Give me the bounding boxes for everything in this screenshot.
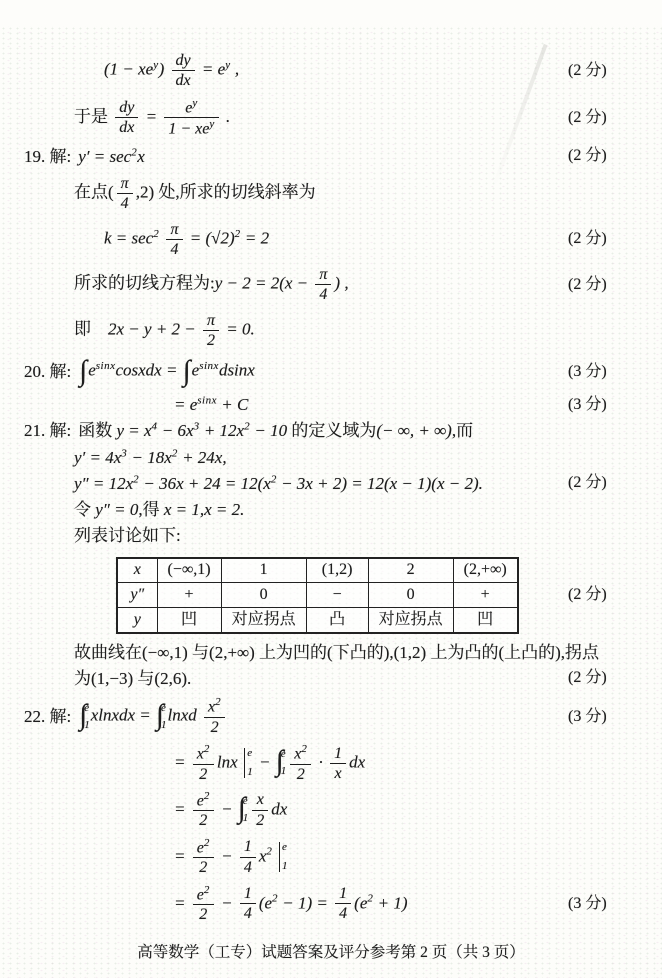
- integral: ∫: [79, 357, 87, 386]
- math-expression: y′ = sec2x: [78, 146, 145, 167]
- math-text: dx: [119, 119, 134, 136]
- math-text: y = x: [116, 421, 151, 440]
- lower-limit: 1: [243, 813, 249, 824]
- score-label: (2 分): [568, 146, 640, 166]
- math-text: xlnxdx =: [91, 705, 155, 724]
- denominator: 4: [117, 194, 133, 212]
- math-text: lnxd: [167, 705, 201, 724]
- denominator: 4: [166, 240, 182, 258]
- denominator: dx: [115, 118, 138, 136]
- chinese-text: 于是: [74, 107, 112, 126]
- chinese-text: 在点(: [74, 183, 114, 202]
- table-row: x(−∞,1)1(1,2)2(2,+∞): [117, 558, 518, 583]
- lower-limit: 1: [247, 767, 253, 778]
- integral-limits: e1: [161, 701, 167, 733]
- score-label: (2 分): [568, 473, 640, 493]
- table-cell: (2,+∞): [453, 558, 518, 583]
- numerator: π: [315, 266, 331, 285]
- math-text: −: [255, 752, 275, 771]
- integral: ∫e1: [238, 794, 248, 826]
- math-text: y − 2 = 2(x −: [215, 274, 313, 293]
- numerator: 1: [335, 885, 351, 904]
- math-text: =: [141, 107, 161, 126]
- table-cell: +: [157, 583, 221, 608]
- denominator: 2: [193, 765, 214, 783]
- solution-line: 所求的切线方程为:y − 2 = 2(x − π4) ,(2 分): [0, 266, 662, 304]
- evaluation-limits: e1: [247, 748, 253, 778]
- table-cell: 1: [221, 558, 306, 583]
- denominator: 2: [203, 331, 219, 349]
- solution-line: 21. 解:函数 y = x4 − 6x3 + 12x2 − 10 的定义域为(…: [0, 420, 662, 441]
- superscript: y: [209, 118, 214, 130]
- scanned-page: (1 − xey) dydx = ey ,(2 分)于是 dydx = ey1 …: [0, 0, 662, 978]
- solution-line: = esinx + C(3 分): [0, 394, 662, 415]
- superscript: sinx: [96, 360, 116, 372]
- math-text: − 18x: [127, 448, 172, 467]
- integral-sign: ∫: [79, 357, 87, 386]
- numerator: π: [166, 221, 182, 240]
- fraction: π4: [117, 175, 133, 213]
- solution-line: 22. 解:∫e1xlnxdx = ∫e1lnxd x22(3 分): [0, 697, 662, 736]
- math-expression: 在点(π4,2) 处,所求的切线斜率为: [74, 175, 316, 213]
- chinese-text: 故曲线在(−∞,1) 与(2,+∞) 上为凹的(下凸的),(1,2) 上为凸的(…: [74, 643, 599, 662]
- math-text: x: [257, 791, 264, 808]
- fraction: ey1 − xey: [164, 98, 218, 138]
- numerator: 1: [240, 885, 256, 904]
- math-text: e: [88, 361, 96, 380]
- math-text: −: [217, 799, 237, 818]
- superscript: 2: [204, 884, 210, 896]
- math-text: (1 − xe: [104, 60, 153, 79]
- superscript: sinx: [199, 360, 219, 372]
- numerator: π: [203, 312, 219, 331]
- table-cell: 0: [221, 583, 306, 608]
- numerator: 1: [240, 838, 256, 857]
- score-label: (3 分): [568, 707, 640, 727]
- chinese-text: 所求的切线方程为:: [74, 274, 215, 293]
- math-expression: 于是 dydx = ey1 − xey .: [74, 98, 230, 138]
- score-label: (2 分): [568, 229, 640, 249]
- math-text: =: [174, 893, 190, 912]
- math-text: 2: [211, 719, 219, 736]
- solution-line: = e22 − 14(e2 − 1) = 14(e2 + 1)(3 分): [0, 885, 662, 924]
- math-text: ,: [231, 60, 240, 79]
- upper-limit: e: [282, 842, 288, 853]
- solution-line: k = sec2 π4 = (√2)2 = 2(2 分): [0, 221, 662, 259]
- integral: ∫e1: [156, 701, 166, 733]
- numerator: dy: [172, 52, 195, 71]
- denominator: x: [330, 764, 346, 782]
- math-expression: (1 − xey) dydx = ey ,: [104, 52, 239, 90]
- question-number: 20. 解:: [24, 361, 71, 382]
- math-text: =: [174, 846, 190, 865]
- math-expression: k = sec2 π4 = (√2)2 = 2: [104, 221, 269, 259]
- math-expression: 为(1,−3) 与(2,6).: [74, 668, 191, 689]
- solution-line: = x22lnx e1 − ∫e1x22 · 1xdx: [0, 744, 662, 783]
- math-expression: = e22 − 14x2 e1: [174, 838, 290, 877]
- fraction: π2: [203, 312, 219, 350]
- fraction: e22: [193, 791, 214, 830]
- solution-line: 19. 解:y′ = sec2x(2 分): [0, 146, 662, 167]
- upper-limit: e: [161, 703, 167, 714]
- math-text: cosxdx =: [115, 361, 181, 380]
- math-text: e: [197, 886, 204, 903]
- upper-limit: e: [281, 749, 287, 760]
- math-text: y′ = sec: [78, 147, 131, 166]
- math-expression: 函数 y = x4 − 6x3 + 12x2 − 10 的定义域为(− ∞, +…: [78, 420, 473, 441]
- evaluation-limits: e1: [282, 842, 288, 872]
- score-label: (3 分): [568, 894, 640, 914]
- math-text: y″ = 0: [95, 500, 138, 519]
- math-text: e: [197, 792, 204, 809]
- math-text: 4: [170, 241, 178, 258]
- score-label: (2 分): [568, 275, 640, 295]
- math-text: dx: [349, 752, 365, 771]
- table-cell: 对应拐点: [221, 608, 306, 633]
- math-text: 4: [244, 859, 252, 876]
- denominator: 2: [193, 905, 214, 923]
- table-row: y凹对应拐点凸对应拐点凹: [117, 608, 518, 633]
- fraction: π4: [315, 266, 331, 304]
- question-number: 22. 解:: [24, 706, 71, 727]
- math-text: + 24x,: [178, 448, 227, 467]
- math-text: ): [159, 60, 169, 79]
- math-expression: 列表讨论如下:: [74, 525, 181, 546]
- chinese-text: 函数: [78, 421, 116, 440]
- solution-line: 故曲线在(−∞,1) 与(2,+∞) 上为凹的(下凸的),(1,2) 上为凸的(…: [0, 642, 662, 663]
- fraction: 14: [240, 885, 256, 923]
- fraction: 14: [335, 885, 351, 923]
- math-text: 1 − xe: [168, 120, 209, 137]
- math-text: (e: [354, 893, 367, 912]
- solution-line: 20. 解:∫esinxcosxdx = ∫esinxdsinx(3 分): [0, 357, 662, 386]
- fraction: x2: [252, 791, 268, 829]
- fraction: x22: [193, 744, 214, 783]
- math-text: + C: [217, 395, 248, 414]
- math-text: lnx: [217, 752, 242, 771]
- fraction: dydx: [172, 52, 195, 90]
- math-text: x = 1,x = 2.: [164, 500, 245, 519]
- denominator: 4: [315, 285, 331, 303]
- math-text: 2: [207, 332, 215, 349]
- denominator: 2: [290, 765, 311, 783]
- superscript: sinx: [197, 394, 217, 406]
- math-text: π: [207, 312, 215, 329]
- fraction: x22: [290, 744, 311, 783]
- math-expression: = x22lnx e1 − ∫e1x22 · 1xdx: [174, 744, 365, 783]
- solution-line: 在点(π4,2) 处,所求的切线斜率为: [0, 175, 662, 213]
- math-text: y′ = 4x: [74, 448, 121, 467]
- math-text: = e: [198, 60, 226, 79]
- math-expression: y′ = 4x3 − 18x2 + 24x,: [74, 447, 227, 468]
- math-text: x: [137, 147, 145, 166]
- fraction: e22: [193, 885, 214, 924]
- upper-limit: e: [84, 703, 90, 714]
- lower-limit: 1: [161, 720, 167, 731]
- integral-limits: e1: [243, 794, 249, 826]
- math-text: = (√2): [186, 228, 235, 247]
- page-footer: 高等数学（工专）试题答案及评分参考第 2 页（共 3 页）: [0, 940, 662, 962]
- table-cell: 凹: [157, 608, 221, 633]
- math-expression: 令 y″ = 0,得 x = 1,x = 2.: [74, 499, 244, 520]
- chinese-text: 为(1,−3) 与(2,6).: [74, 669, 191, 688]
- solution-line: = e22 − ∫e1x2dx: [0, 791, 662, 830]
- math-text: 2: [199, 906, 207, 923]
- math-expression: ∫esinxcosxdx = ∫esinxdsinx: [78, 357, 255, 386]
- math-text: (e: [259, 893, 272, 912]
- numerator: dy: [115, 99, 138, 118]
- fraction: π4: [166, 221, 182, 259]
- chinese-text: 令: [74, 500, 95, 519]
- math-expression: = e22 − 14(e2 − 1) = 14(e2 + 1): [174, 885, 408, 924]
- math-text: dsinx: [219, 361, 255, 380]
- fraction: e22: [193, 838, 214, 877]
- score-label: (2 分): [568, 61, 640, 81]
- fraction: dydx: [115, 99, 138, 137]
- math-expression: = e22 − ∫e1x2dx: [174, 791, 287, 830]
- bar-glyph: [244, 748, 245, 778]
- lower-limit: 1: [84, 720, 90, 731]
- superscript: 2: [301, 743, 307, 755]
- math-text: 1: [334, 745, 342, 762]
- denominator: 2: [193, 858, 214, 876]
- math-text: 4: [339, 905, 347, 922]
- upper-limit: e: [247, 748, 253, 759]
- denominator: 4: [240, 858, 256, 876]
- math-text: 4: [121, 195, 129, 212]
- integral: ∫: [183, 357, 191, 386]
- math-text: 2: [256, 812, 264, 829]
- math-text: 2x − y + 2 −: [108, 319, 200, 338]
- numerator: π: [117, 175, 133, 194]
- numerator: x2: [193, 744, 214, 765]
- numerator: e2: [193, 885, 214, 906]
- math-text: dy: [119, 99, 134, 116]
- integral: ∫e1: [79, 701, 89, 733]
- superscript: y: [192, 97, 197, 109]
- fraction: 14: [240, 838, 256, 876]
- math-text: 2: [199, 812, 207, 829]
- evaluation-bar: e1: [244, 748, 253, 778]
- math-text: e: [197, 839, 204, 856]
- numerator: x: [252, 791, 268, 810]
- math-text: 2: [297, 766, 305, 783]
- table-cell: (−∞,1): [157, 558, 221, 583]
- table-cell: 凹: [453, 608, 518, 633]
- math-text: π: [319, 266, 327, 283]
- question-number: 21. 解:: [24, 420, 71, 441]
- solution-line: 于是 dydx = ey1 − xey .(2 分): [0, 98, 662, 138]
- table-cell: +: [453, 583, 518, 608]
- table-cell: 对应拐点: [368, 608, 453, 633]
- math-text: = e: [174, 395, 197, 414]
- integral-sign: ∫: [183, 357, 191, 386]
- superscript: 2: [204, 790, 210, 802]
- score-label: (2 分): [568, 108, 640, 128]
- math-text: 4: [319, 286, 327, 303]
- math-text: =: [174, 752, 190, 771]
- math-text: dx: [176, 72, 191, 89]
- math-text: x: [335, 765, 342, 782]
- integral-limits: e1: [84, 701, 90, 733]
- solution-line: (1 − xey) dydx = ey ,(2 分): [0, 52, 662, 90]
- math-text: 4: [244, 905, 252, 922]
- math-text: π: [170, 221, 178, 238]
- math-text: + 1): [373, 893, 407, 912]
- numerator: e2: [193, 838, 214, 859]
- math-text: y″ = 12x: [74, 474, 133, 493]
- table-cell: y: [117, 608, 157, 633]
- math-text: − 1) =: [278, 893, 332, 912]
- solution-line: y″ = 12x2 − 36x + 24 = 12(x2 − 3x + 2) =…: [0, 473, 662, 494]
- denominator: 4: [335, 904, 351, 922]
- chinese-text: ,2) 处,所求的切线斜率为: [136, 183, 316, 202]
- solution-line: x(−∞,1)1(1,2)2(2,+∞)y″+0−0+y凹对应拐点凸对应拐点凹(…: [0, 557, 662, 634]
- chinese-text: ,而: [452, 421, 473, 440]
- table-cell: y″: [117, 583, 157, 608]
- math-text: 2: [199, 766, 207, 783]
- denominator: 4: [240, 904, 256, 922]
- integral: ∫e1: [276, 747, 286, 779]
- evaluation-bar: e1: [279, 842, 288, 872]
- bar-glyph: [279, 842, 280, 872]
- numerator: 1: [330, 745, 346, 764]
- score-label: (3 分): [568, 395, 640, 415]
- table-row: y″+0−0+: [117, 583, 518, 608]
- solution-line: = e22 − 14x2 e1: [0, 838, 662, 877]
- superscript: 2: [204, 837, 210, 849]
- math-text: − 3x + 2) = 12(x − 1)(x − 2).: [277, 474, 483, 493]
- table-cell: x: [117, 558, 157, 583]
- solution-lines: (1 − xey) dydx = ey ,(2 分)于是 dydx = ey1 …: [0, 0, 662, 923]
- solution-line: y′ = 4x3 − 18x2 + 24x,: [0, 447, 662, 468]
- math-text: π: [121, 175, 129, 192]
- table-cell: 2: [368, 558, 453, 583]
- math-text: [159, 228, 163, 247]
- math-text: − 6x: [158, 421, 194, 440]
- table-cell: −: [306, 583, 368, 608]
- discussion-table: x(−∞,1)1(1,2)2(2,+∞)y″+0−0+y凹对应拐点凸对应拐点凹: [116, 557, 519, 634]
- denominator: 2: [204, 718, 225, 736]
- math-expression: 故曲线在(−∞,1) 与(2,+∞) 上为凹的(下凸的),(1,2) 上为凸的(…: [74, 642, 599, 663]
- solution-line: 列表讨论如下:: [0, 525, 662, 546]
- math-expression: y″ = 12x2 − 36x + 24 = 12(x2 − 3x + 2) =…: [74, 473, 483, 494]
- math-text: = 2: [241, 228, 269, 247]
- math-text: 1: [244, 838, 252, 855]
- lower-limit: 1: [281, 766, 287, 777]
- table-cell: 凸: [306, 608, 368, 633]
- denominator: 2: [193, 811, 214, 829]
- numerator: x2: [204, 697, 225, 718]
- math-expression: = esinx + C: [174, 394, 248, 415]
- lower-limit: 1: [282, 861, 288, 872]
- math-text: − 10: [250, 421, 291, 440]
- chinese-text: ,得: [138, 500, 164, 519]
- math-text: −: [217, 846, 237, 865]
- math-text: −: [217, 893, 237, 912]
- table-cell: (1,2): [306, 558, 368, 583]
- math-expression: 即 2x − y + 2 − π2 = 0.: [74, 312, 255, 350]
- math-text: ) ,: [334, 274, 348, 293]
- math-text: .: [222, 107, 231, 126]
- denominator: 2: [252, 811, 268, 829]
- superscript: 2: [215, 696, 221, 708]
- score-label: (2 分): [568, 668, 640, 688]
- solution-line: 即 2x − y + 2 − π2 = 0.: [0, 312, 662, 350]
- math-text: x: [197, 745, 204, 762]
- math-text: ·: [314, 752, 327, 771]
- denominator: 1 − xey: [164, 118, 218, 138]
- math-text: − 36x + 24 = 12(x: [139, 474, 271, 493]
- denominator: dx: [172, 71, 195, 89]
- numerator: x2: [290, 744, 311, 765]
- math-text: (− ∞, + ∞): [376, 421, 452, 440]
- integral-limits: e1: [281, 747, 287, 779]
- table-cell: 0: [368, 583, 453, 608]
- math-text: + 12x: [200, 421, 245, 440]
- superscript: 2: [204, 743, 210, 755]
- upper-limit: e: [243, 796, 249, 807]
- math-text: 1: [244, 885, 252, 902]
- chinese-text: 即: [74, 319, 108, 338]
- math-text: 1: [339, 885, 347, 902]
- math-text: k = sec: [104, 228, 153, 247]
- fraction: x22: [204, 697, 225, 736]
- score-label: (3 分): [568, 362, 640, 382]
- fraction: 1x: [330, 745, 346, 783]
- chinese-text: 的定义域为: [291, 421, 376, 440]
- math-text: dx: [271, 799, 287, 818]
- math-text: = 0.: [222, 319, 255, 338]
- math-expression: ∫e1xlnxdx = ∫e1lnxd x22: [78, 697, 228, 736]
- solution-line: 令 y″ = 0,得 x = 1,x = 2.: [0, 499, 662, 520]
- math-text: dy: [176, 52, 191, 69]
- math-expression: 所求的切线方程为:y − 2 = 2(x − π4) ,: [74, 266, 349, 304]
- numerator: e2: [193, 791, 214, 812]
- score-label: (2 分): [568, 585, 640, 605]
- numerator: ey: [164, 98, 218, 119]
- chinese-text: 列表讨论如下:: [74, 526, 181, 545]
- math-text: 2: [199, 859, 207, 876]
- question-number: 19. 解:: [24, 146, 71, 167]
- solution-line: 为(1,−3) 与(2,6).(2 分): [0, 668, 662, 689]
- math-text: =: [174, 799, 190, 818]
- math-text: [272, 846, 276, 865]
